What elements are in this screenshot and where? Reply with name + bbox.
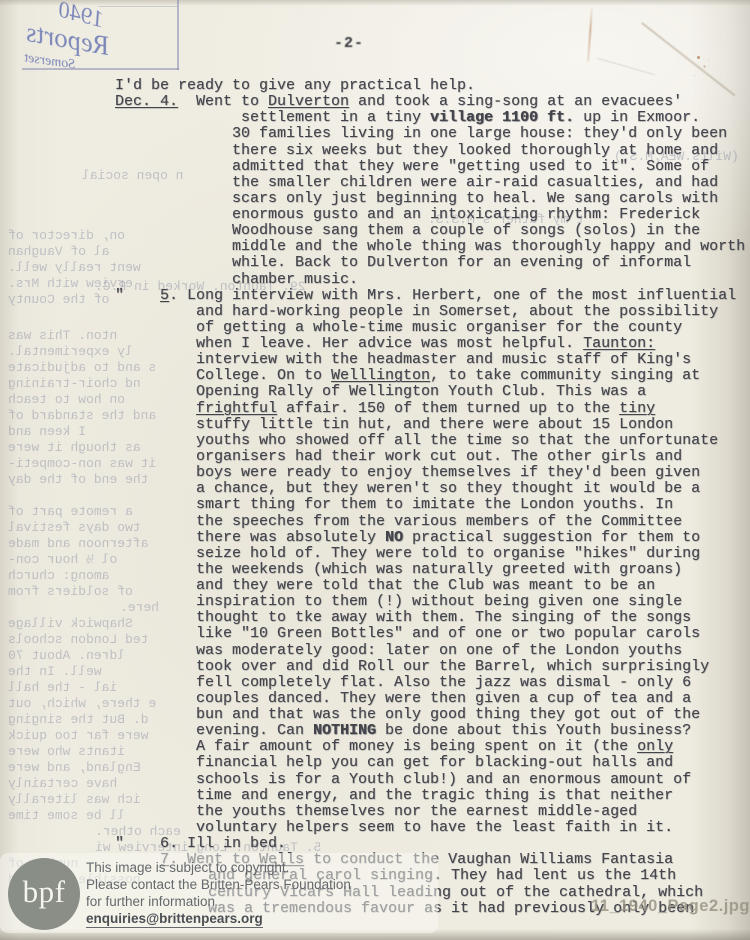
typescript-line: interview with the headmaster and music … — [196, 352, 691, 368]
scanned-typescript-page: { "page_number": "-2-", "annotation": { … — [0, 0, 750, 940]
typescript-line: the speeches from the various members of… — [196, 514, 682, 530]
copyright-line: This image is subject to copyright. — [86, 860, 289, 875]
bleedthrough-fragment: s and to adjudicate — [8, 360, 156, 375]
typescript-line: bun and that was the only good thing the… — [196, 707, 700, 723]
typescript-line: thought to tke away with them. The singi… — [196, 610, 691, 626]
typescript-line: I'd be ready to give any practical help. — [115, 78, 475, 94]
bleedthrough-fragment: on, director of — [8, 228, 125, 243]
typescript-line: stuffy little tin hut, and there were ab… — [196, 417, 673, 433]
pencil-box-line — [177, 0, 179, 70]
typescript-line: the youths themselves nor the earnest mi… — [196, 804, 637, 820]
bleedthrough-fragment: al of Vaughan — [8, 244, 109, 259]
bleedthrough-fragment: ll be some time — [8, 808, 125, 823]
copyright-line: for further information — [86, 894, 215, 909]
bleedthrough-fragment: ldren. About 70 — [8, 648, 125, 663]
typescript-line: there six weeks but they looked thorough… — [232, 143, 718, 159]
bpf-logo: bpf — [8, 858, 80, 930]
bleedthrough-fragment: well. In the — [8, 664, 102, 679]
bleedthrough-fragment: Shapwick village — [8, 616, 133, 631]
typescript-line: was moderately good: later on one of the… — [196, 643, 682, 659]
bleedthrough-fragment: the end of the day — [8, 472, 148, 487]
bleedthrough-fragment: England, and were — [8, 760, 141, 775]
typescript-line: couples danced. They were then given a c… — [196, 691, 691, 707]
filename-watermark: 11_1940_Page2.jpg — [591, 897, 750, 916]
typescript-line: Opening Rally of Wellington Youth Club. … — [196, 384, 646, 400]
bleedthrough-fragment: I keen and — [8, 424, 86, 439]
typescript-line: schools is for a Youth club!) and an eno… — [196, 772, 691, 788]
typescript-line: frightful affair. 150 of them turned up … — [196, 401, 655, 417]
typescript-line: took over and did Roll our the Barrel, w… — [196, 659, 709, 675]
bleedthrough-fragment: nton. This was — [8, 328, 117, 343]
bleedthrough-fragment: of soldiers from — [8, 584, 133, 599]
typescript-line: and they were told that the Club was mea… — [196, 578, 655, 594]
bleedthrough-fragment: nd choir-training — [8, 376, 141, 391]
typescript-line: youths who showed off all the time so th… — [196, 433, 718, 449]
bleedthrough-fragment: were far too quick — [8, 728, 148, 743]
typescript-line: settlement in a tiny village 1100 ft. up… — [241, 110, 700, 126]
typescript-line: admitted that they were "getting used to… — [232, 159, 709, 175]
typescript-line: organisers had their work cut out. The o… — [196, 449, 682, 465]
bpf-logo-text: bpf — [23, 874, 66, 914]
bleedthrough-fragment: have certainly — [8, 776, 117, 791]
typescript-line: middle and the whole thing was thoroughl… — [232, 239, 745, 255]
typescript-line: evening. Can NOTHING be done about this … — [196, 723, 691, 739]
typescript-line: seize hold of. They were told to organis… — [196, 546, 700, 562]
typescript-line: inspiration to them (!) without being gi… — [196, 594, 682, 610]
bleedthrough-fragment: e there, which, out — [8, 696, 156, 711]
bleedthrough-fragment: it was non-competi- — [8, 456, 156, 471]
bleedthrough-fragment: ial - the hall — [8, 680, 117, 695]
bleedthrough-fragment: a remote part of — [8, 504, 133, 519]
bleedthrough-fragment: went really well. — [8, 260, 141, 275]
typescript-line: voluntary helpers seem to have the least… — [196, 820, 673, 836]
typescript-line: College. On to Welllington, to take comm… — [196, 368, 700, 384]
typescript-line: when I leave. Her advice was most helpfu… — [196, 336, 655, 352]
typescript-line: time and energy, and the tragic thing is… — [196, 788, 673, 804]
typescript-line: Dec. 4. Went to Dulverton and took a sin… — [115, 94, 682, 110]
typescript-line: the weekends (which was naturally greete… — [196, 562, 682, 578]
page-number: -2- — [334, 35, 364, 52]
typescript-line: " 5. Long interview with Mrs. Herbert, o… — [115, 288, 736, 304]
typescript-line: scars only just beginning to heal. We sa… — [232, 191, 718, 207]
pencil-box-line — [98, 6, 178, 7]
typescript-line: boys were ready to enjoy themselves if t… — [196, 465, 700, 481]
bleedthrough-fragment: two days festival — [8, 520, 141, 535]
bleedthrough-fragment: ol ½ hour con- — [8, 552, 117, 567]
typescript-line: " 6. Ill in bed. — [115, 836, 286, 852]
bleedthrough-fragment: on how to teach — [8, 392, 125, 407]
typescript-line: Woodhouse sang them a couple of songs (s… — [232, 223, 700, 239]
bleedthrough-fragment: ly experimental. — [8, 344, 133, 359]
typescript-line: fell completely flat. Also the jazz was … — [196, 675, 691, 691]
bleedthrough-fragment: among: church — [8, 568, 109, 583]
typescript-line: financial help you can get for blacking-… — [196, 755, 673, 771]
bleedthrough-fragment: ich was literally — [8, 792, 141, 807]
rust-spots — [697, 56, 700, 59]
typescript-line: there was absolutely NO practical sugges… — [196, 530, 700, 546]
typescript-line: and hard-working people in Somerset, abo… — [196, 304, 718, 320]
typescript-line: of getting a whole-time music organiser … — [196, 320, 682, 336]
bleedthrough-fragment: itants who were — [8, 744, 125, 759]
contact-email-link: enquiries@brittenpears.org — [86, 911, 263, 928]
bleedthrough-fragment: here. — [120, 600, 159, 615]
bleedthrough-fragment: d. But the singing — [8, 712, 148, 727]
typescript-line: the smaller children were air-raid casua… — [232, 175, 718, 191]
typescript-line: while. Back to Dulverton for an evening … — [232, 255, 691, 271]
bleedthrough-fragment: ted London schools — [8, 632, 148, 647]
typescript-line: like "10 Green Bottles" and of one or tw… — [196, 626, 700, 642]
typescript-line: enormous gusto and an intoxicating rhyth… — [232, 207, 700, 223]
typescript-line: A fair amount of money is being spent on… — [196, 739, 673, 755]
typescript-line: a chance, but they weren't so they thoug… — [196, 481, 700, 497]
bleedthrough-fragment: n open social — [82, 168, 183, 183]
bleedthrough-fragment: as though it were — [8, 440, 141, 455]
typescript-line: chamber music. — [232, 272, 358, 288]
pencil-box-line — [22, 68, 179, 70]
bleedthrough-fragment: afternoon and made — [8, 536, 148, 551]
bleedthrough-fragment: of the County — [8, 292, 109, 307]
typescript-line: 30 families living in one large house: t… — [232, 126, 727, 142]
bleedthrough-fragment: and the standard of — [8, 408, 156, 423]
copyright-line: Please contact the Britten-Pears Foundat… — [86, 877, 351, 892]
typescript-line: smart thing for them to imitate the Lond… — [196, 497, 673, 513]
